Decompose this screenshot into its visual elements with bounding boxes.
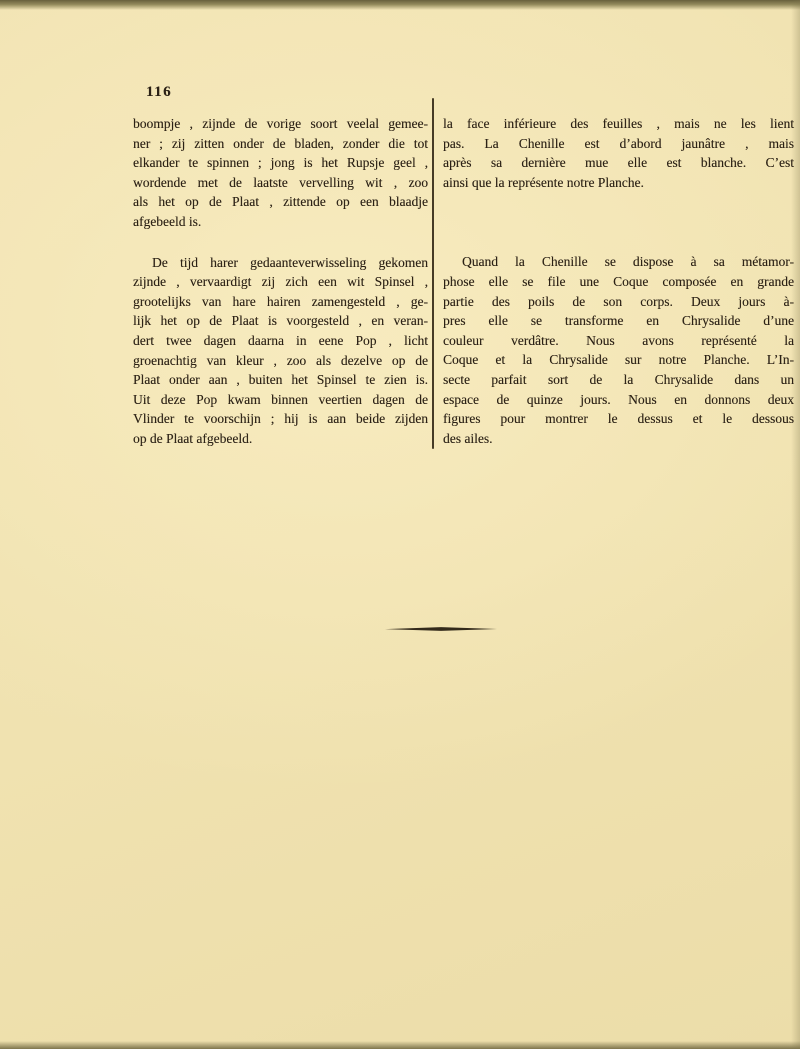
text-line: ner ; zij zitten onder de bladen, zonder… [133,134,428,154]
text-line: secte parfait sort de la Chrysalide dans… [443,370,794,390]
text-line: wordende met de laatste vervelling wit ,… [133,173,428,193]
paragraph: Quand la Chenille se dispose à sa métamo… [443,252,794,448]
right-column-french: la face inférieure des feuilles , mais n… [443,114,794,448]
page-number: 116 [146,84,172,101]
text-line: afgebeeld is. [133,212,428,232]
text-line: couleur verdâtre. Nous avons représenté … [443,331,794,351]
text-line: groenachtig van kleur , zoo als dezelve … [133,351,428,371]
text-line: Uit deze Pop kwam binnen veertien dagen … [133,390,428,410]
text-line: phose elle se file une Coque composée en… [443,272,794,292]
page-edge-shadow-top [0,0,800,10]
text-line: ainsi que la représente notre Planche. [443,173,794,193]
text-line: De tijd harer gedaanteverwisseling gekom… [133,253,428,273]
text-line: zijnde , vervaardigt zij zich een wit Sp… [133,272,428,292]
text-line: pas. La Chenille est d’abord jaunâtre , … [443,134,794,154]
text-line: Plaat onder aan , buiten het Spinsel te … [133,370,428,390]
text-line: pres elle se transforme en Chrysalide d’… [443,311,794,331]
text-line: espace de quinze jours. Nous en donnons … [443,390,794,410]
text-line: Coque et la Chrysalide sur notre Planche… [443,350,794,370]
left-column-dutch: boompje , zijnde de vorige soort veelal … [133,114,428,449]
text-line: figures pour montrer le dessus et le des… [443,409,794,429]
text-line: boompje , zijnde de vorige soort veelal … [133,114,428,134]
text-line: elkander te spinnen ; jong is het Rupsje… [133,153,428,173]
text-line: partie des poils de son corps. Deux jour… [443,292,794,312]
paragraph: la face inférieure des feuilles , mais n… [443,114,794,192]
paragraph: De tijd harer gedaanteverwisseling gekom… [133,253,428,449]
page-edge-shadow-bottom [0,1041,800,1049]
text-line: als het op de Plaat , zittende op een bl… [133,192,428,212]
paragraph: boompje , zijnde de vorige soort veelal … [133,114,428,232]
text-line: Quand la Chenille se dispose à sa métamo… [443,252,794,272]
section-end-swelled-rule [385,626,497,632]
text-line: des ailes. [443,429,794,449]
scanned-book-page: 116 boompje , zijnde de vorige soort vee… [0,0,800,1049]
text-line: Vlinder te voorschijn ; hij is aan beide… [133,409,428,429]
text-line: après sa dernière mue elle est blanche. … [443,153,794,173]
text-line: la face inférieure des feuilles , mais n… [443,114,794,134]
text-line: lijk het op de Plaat is voorgesteld , en… [133,311,428,331]
column-divider-rule [432,98,434,449]
text-line: dert twee dagen daarna in eene Pop , lic… [133,331,428,351]
text-line: op de Plaat afgebeeld. [133,429,428,449]
text-line: grootelijks van hare hairen zamengesteld… [133,292,428,312]
